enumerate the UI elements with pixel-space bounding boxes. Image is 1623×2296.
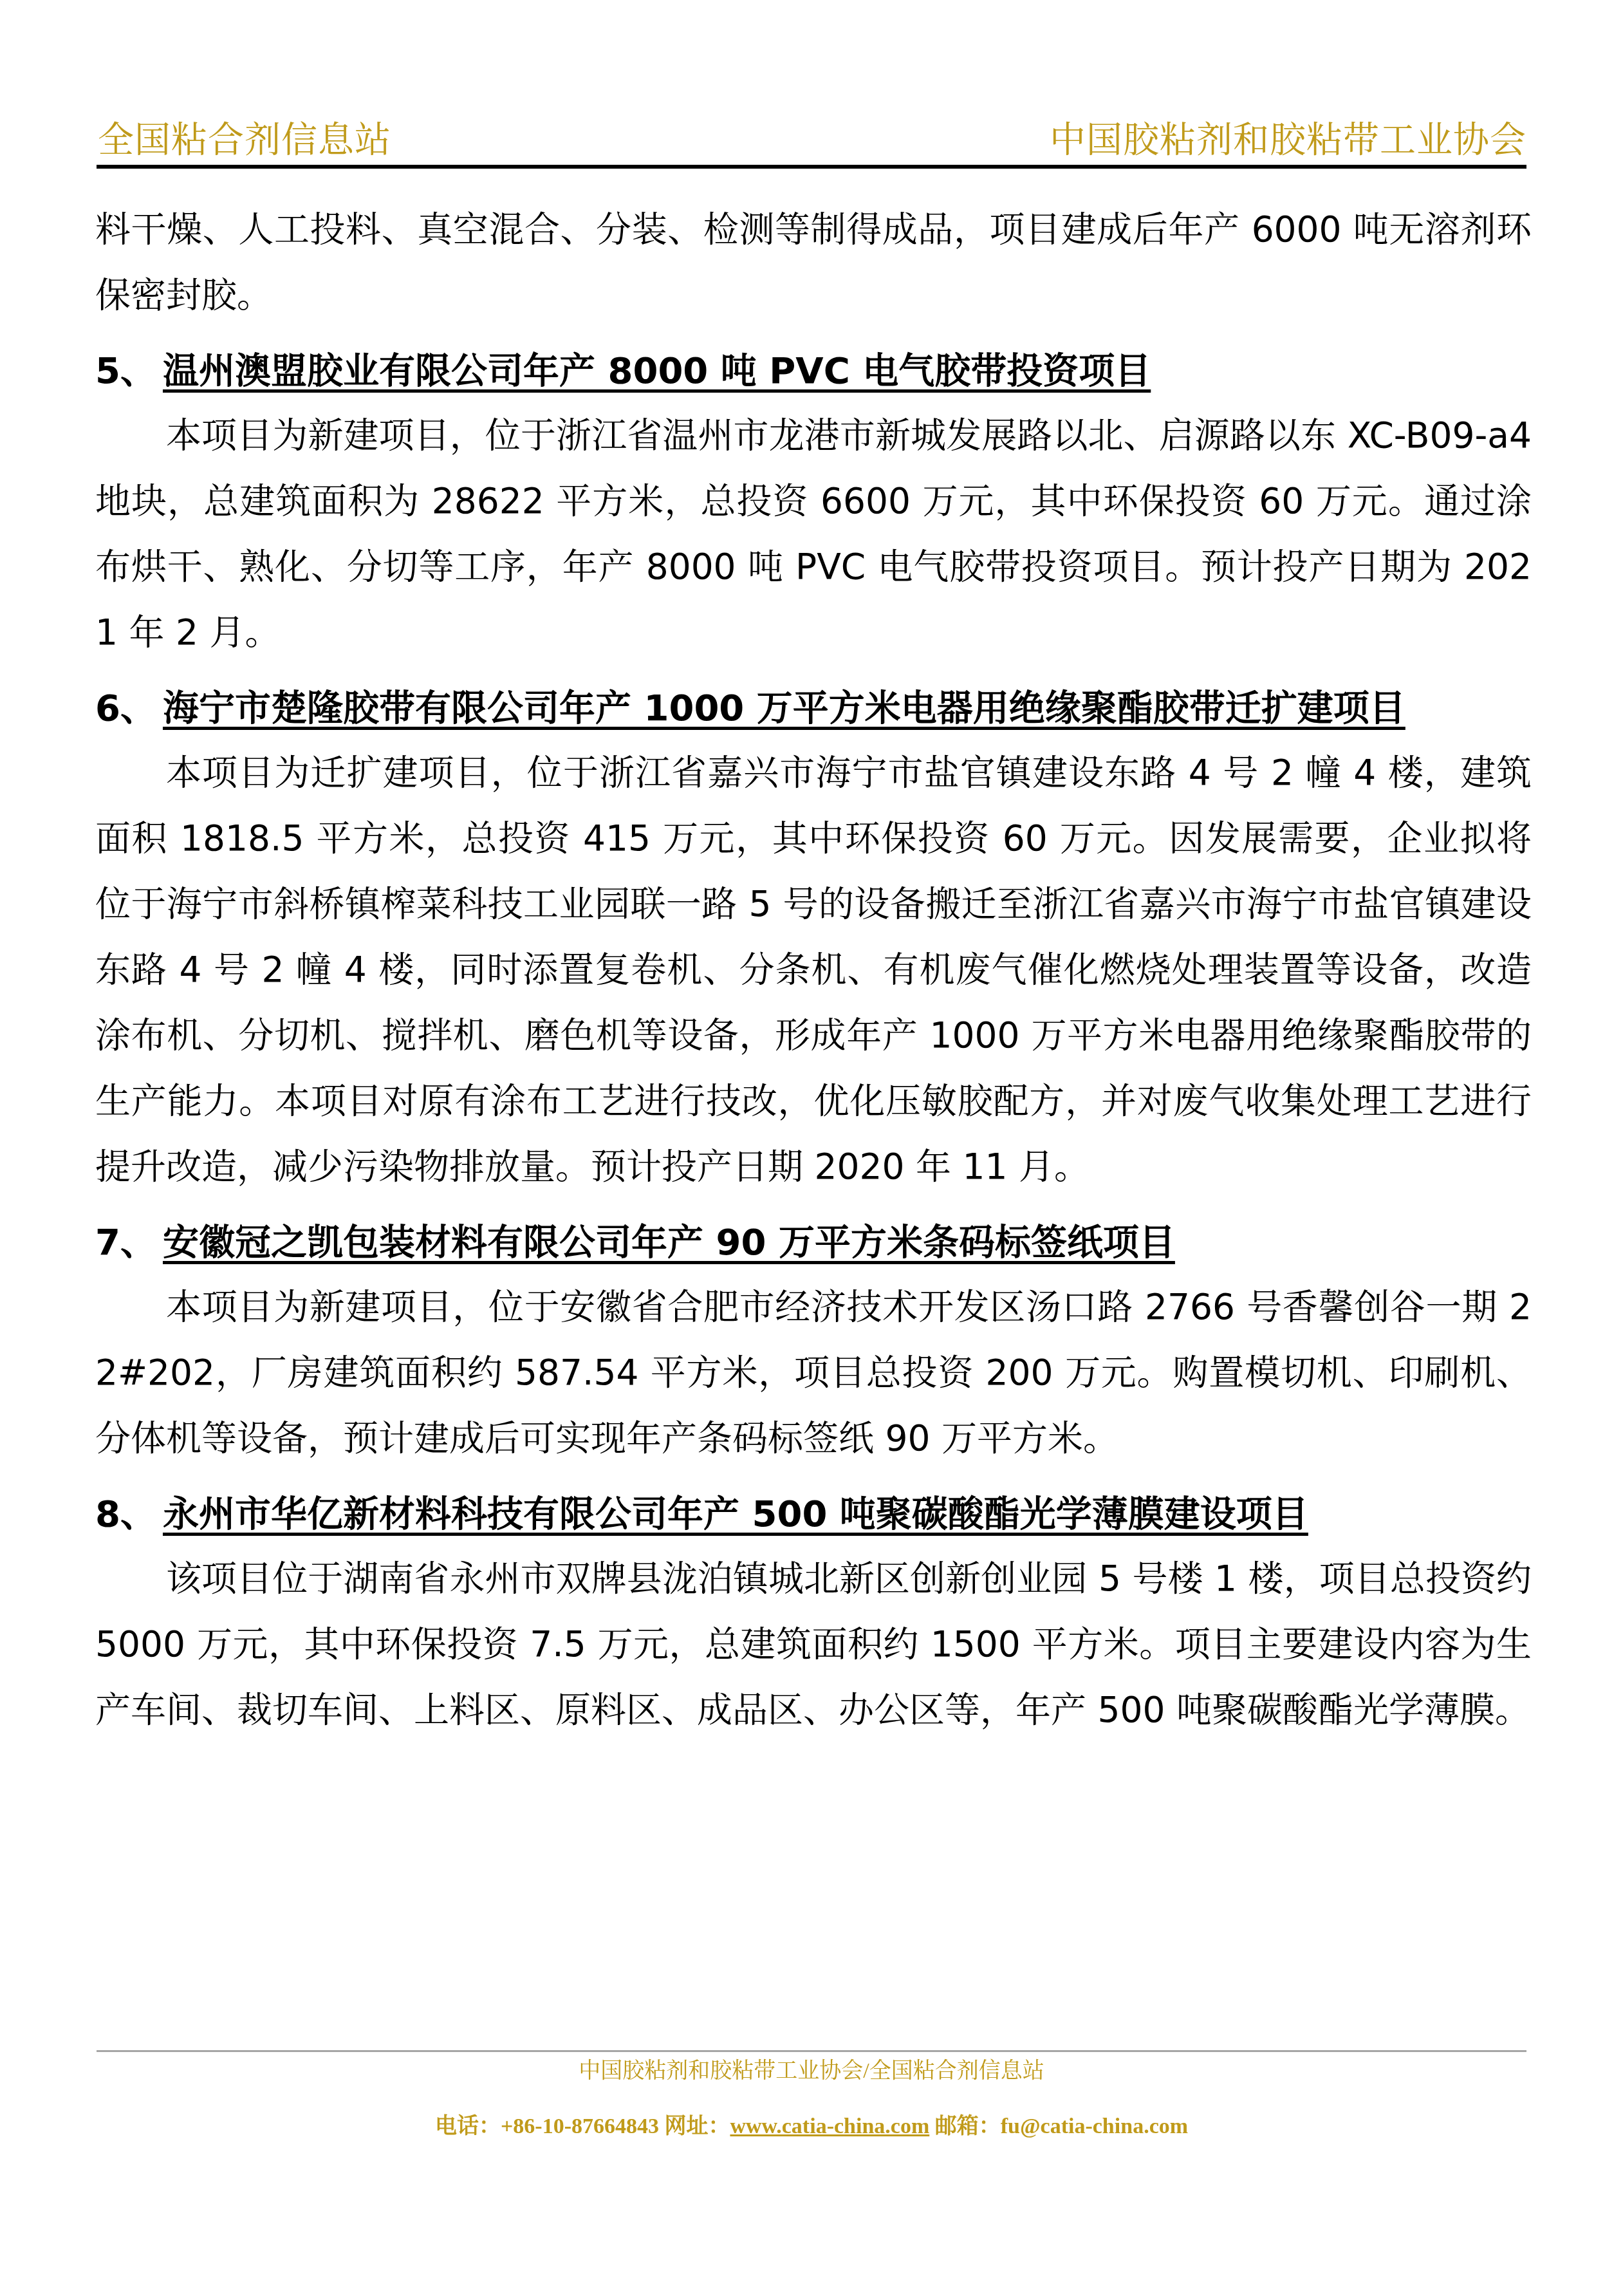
website-link[interactable]: www.catia-china.com — [730, 2114, 929, 2138]
section-heading: 永州市华亿新材料科技有限公司年产 500 吨聚碳酸酯光学薄膜建设项目 — [163, 1493, 1308, 1535]
section-heading: 海宁市楚隆胶带有限公司年产 1000 万平方米电器用绝缘聚酯胶带迁扩建项目 — [163, 687, 1405, 729]
phone-label: 电话： — [435, 2114, 501, 2138]
section-number: 6、 — [95, 687, 156, 729]
website-label: 网址： — [659, 2114, 730, 2138]
section-6-body: 本项目为迁扩建项目，位于浙江省嘉兴市海宁市盐官镇建设东路 4 号 2 幢 4 楼… — [95, 740, 1532, 1199]
intro-continuation: 料干燥、人工投料、真空混合、分装、检测等制得成品，项目建成后年产 6000 吨无… — [95, 196, 1532, 328]
section-number: 8、 — [95, 1493, 156, 1535]
footer-contact: 电话：+86-10-87664843 网址：www.catia-china.co… — [0, 2113, 1623, 2141]
phone-number: +86-10-87664843 — [501, 2114, 659, 2138]
section-6-title: 6、海宁市楚隆胶带有限公司年产 1000 万平方米电器用绝缘聚酯胶带迁扩建项目 — [95, 683, 1532, 734]
section-heading: 温州澳盟胶业有限公司年产 8000 吨 PVC 电气胶带投资项目 — [163, 350, 1151, 392]
email-label: 邮箱： — [929, 2114, 1001, 2138]
section-8-body: 该项目位于湖南省永州市双牌县泷泊镇城北新区创新创业园 5 号楼 1 楼，项目总投… — [95, 1545, 1532, 1742]
section-8-title: 8、永州市华亿新材料科技有限公司年产 500 吨聚碳酸酯光学薄膜建设项目 — [95, 1489, 1532, 1540]
email-address: fu@catia-china.com — [1001, 2114, 1188, 2138]
section-7-title: 7、安徽冠之凯包装材料有限公司年产 90 万平方米条码标签纸项目 — [95, 1217, 1532, 1269]
header-site-name: 全国粘合剂信息站 — [98, 120, 391, 161]
page-header: 全国粘合剂信息站 中国胶粘剂和胶粘带工业协会 — [97, 115, 1526, 166]
footer-organization: 中国胶粘剂和胶粘带工业协会/全国粘合剂信息站 — [0, 2057, 1623, 2086]
section-heading: 安徽冠之凯包装材料有限公司年产 90 万平方米条码标签纸项目 — [163, 1222, 1175, 1264]
section-7-body: 本项目为新建项目，位于安徽省合肥市经济技术开发区汤口路 2766 号香馨创谷一期… — [95, 1274, 1532, 1471]
footer-divider — [97, 2050, 1526, 2052]
section-number: 5、 — [95, 350, 156, 392]
section-5-body: 本项目为新建项目，位于浙江省温州市龙港市新城发展路以北、启源路以东 XC-B09… — [95, 402, 1532, 665]
section-5-title: 5、温州澳盟胶业有限公司年产 8000 吨 PVC 电气胶带投资项目 — [95, 346, 1532, 397]
section-number: 7、 — [95, 1222, 156, 1264]
article-content: 料干燥、人工投料、真空混合、分装、检测等制得成品，项目建成后年产 6000 吨无… — [95, 196, 1532, 1742]
header-divider — [97, 165, 1526, 169]
header-association-name: 中国胶粘剂和胶粘带工业协会 — [1050, 120, 1526, 161]
